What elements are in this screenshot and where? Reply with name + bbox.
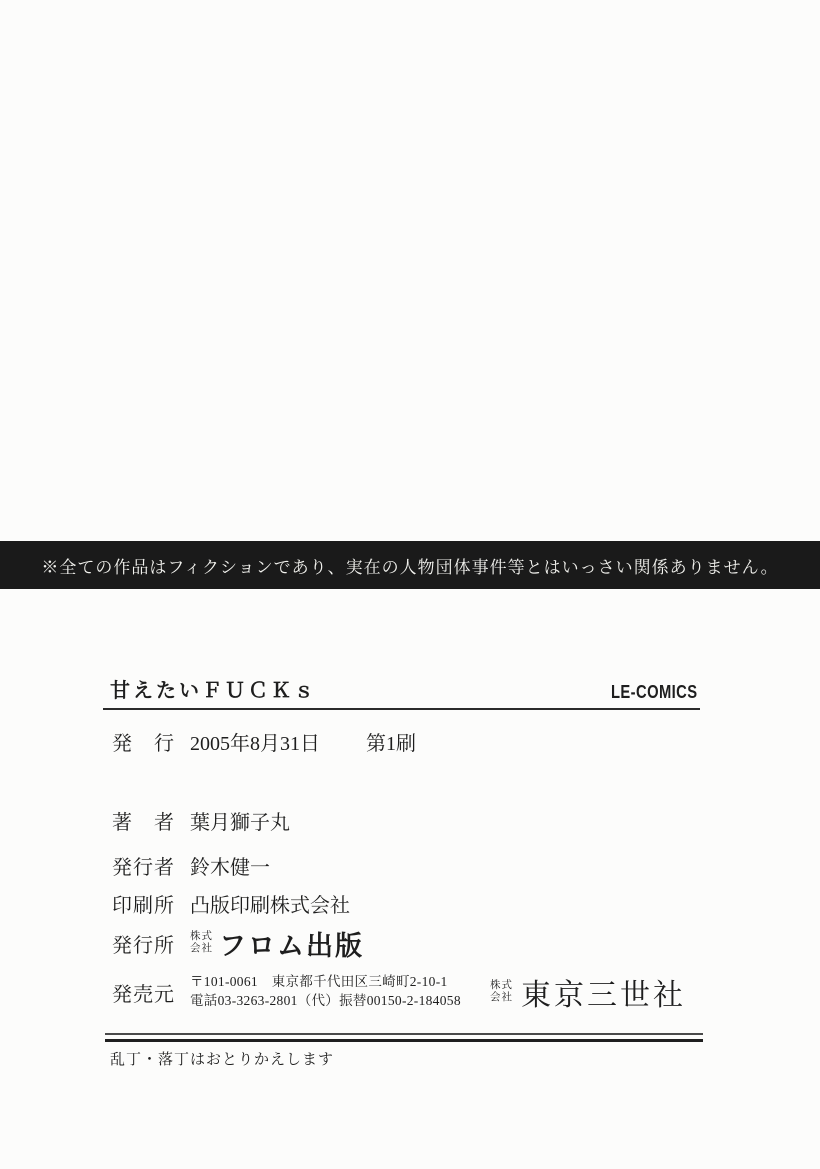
disclaimer-banner: ※全ての作品はフィクションであり、実在の人物団体事件等とはいっさい関係ありません… [0,541,820,589]
distributor-address-line1: 〒101-0061 東京都千代田区三崎町2-10-1 [190,973,462,992]
issue-label: 発 行 [112,727,190,756]
publisher-person-row: 発行者 鈴木健一 [112,851,270,880]
corp-prefix-top: 株式 [490,980,516,992]
distributor-row: 発売元 〒101-0061 東京都千代田区三崎町2-10-1 電話03-3263… [112,969,686,1015]
publishing-house-row: 発行所 株式 会社 フロム出版 [112,925,364,961]
corp-prefix: 株式 会社 [190,931,216,955]
printer-label: 印刷所 [112,889,190,918]
colophon-page: ※全ての作品はフィクションであり、実在の人物団体事件等とはいっさい関係ありません… [0,0,820,1169]
author-name: 葉月獅子丸 [190,806,290,835]
colophon-block: 甘えたいＦＵＣＫｓ LE-COMICS 発 行 2005年8月31日 第1刷 著… [103,681,700,1081]
title-row: 甘えたいＦＵＣＫｓ LE-COMICS [103,681,700,710]
corp-prefix: 株式 会社 [490,980,516,1004]
book-title: 甘えたいＦＵＣＫｓ [110,674,317,703]
printer-name: 凸版印刷株式会社 [190,889,350,918]
issue-row: 発 行 2005年8月31日 第1刷 [112,727,416,756]
distributor-name: 東京三世社 [521,970,686,1014]
printer-row: 印刷所 凸版印刷株式会社 [112,889,350,918]
publishing-house-label: 発行所 [112,929,190,958]
corp-prefix-top: 株式 [190,931,216,943]
imprint-logo: LE-COMICS [610,682,697,703]
corp-prefix-bottom: 会社 [490,992,516,1004]
double-rule-divider [105,1033,703,1042]
publishing-house-name: フロム出版 [219,924,364,963]
issue-date: 2005年8月31日 [190,727,320,756]
corp-prefix-bottom: 会社 [190,943,216,955]
publisher-person-name: 鈴木健一 [190,851,270,880]
publisher-person-label: 発行者 [112,851,190,880]
distributor-address: 〒101-0061 東京都千代田区三崎町2-10-1 電話03-3263-280… [190,973,462,1011]
disclaimer-text: ※全ての作品はフィクションであり、実在の人物団体事件等とはいっさい関係ありません… [41,553,778,578]
author-label: 著 者 [112,806,190,835]
printing-number: 第1刷 [366,727,416,756]
author-row: 著 者 葉月獅子丸 [112,806,290,835]
distributor-label: 発売元 [112,978,190,1007]
defective-copy-note: 乱丁・落丁はおとりかえします [110,1048,334,1069]
distributor-address-line2: 電話03-3263-2801（代）振替00150-2-184058 [190,992,462,1011]
